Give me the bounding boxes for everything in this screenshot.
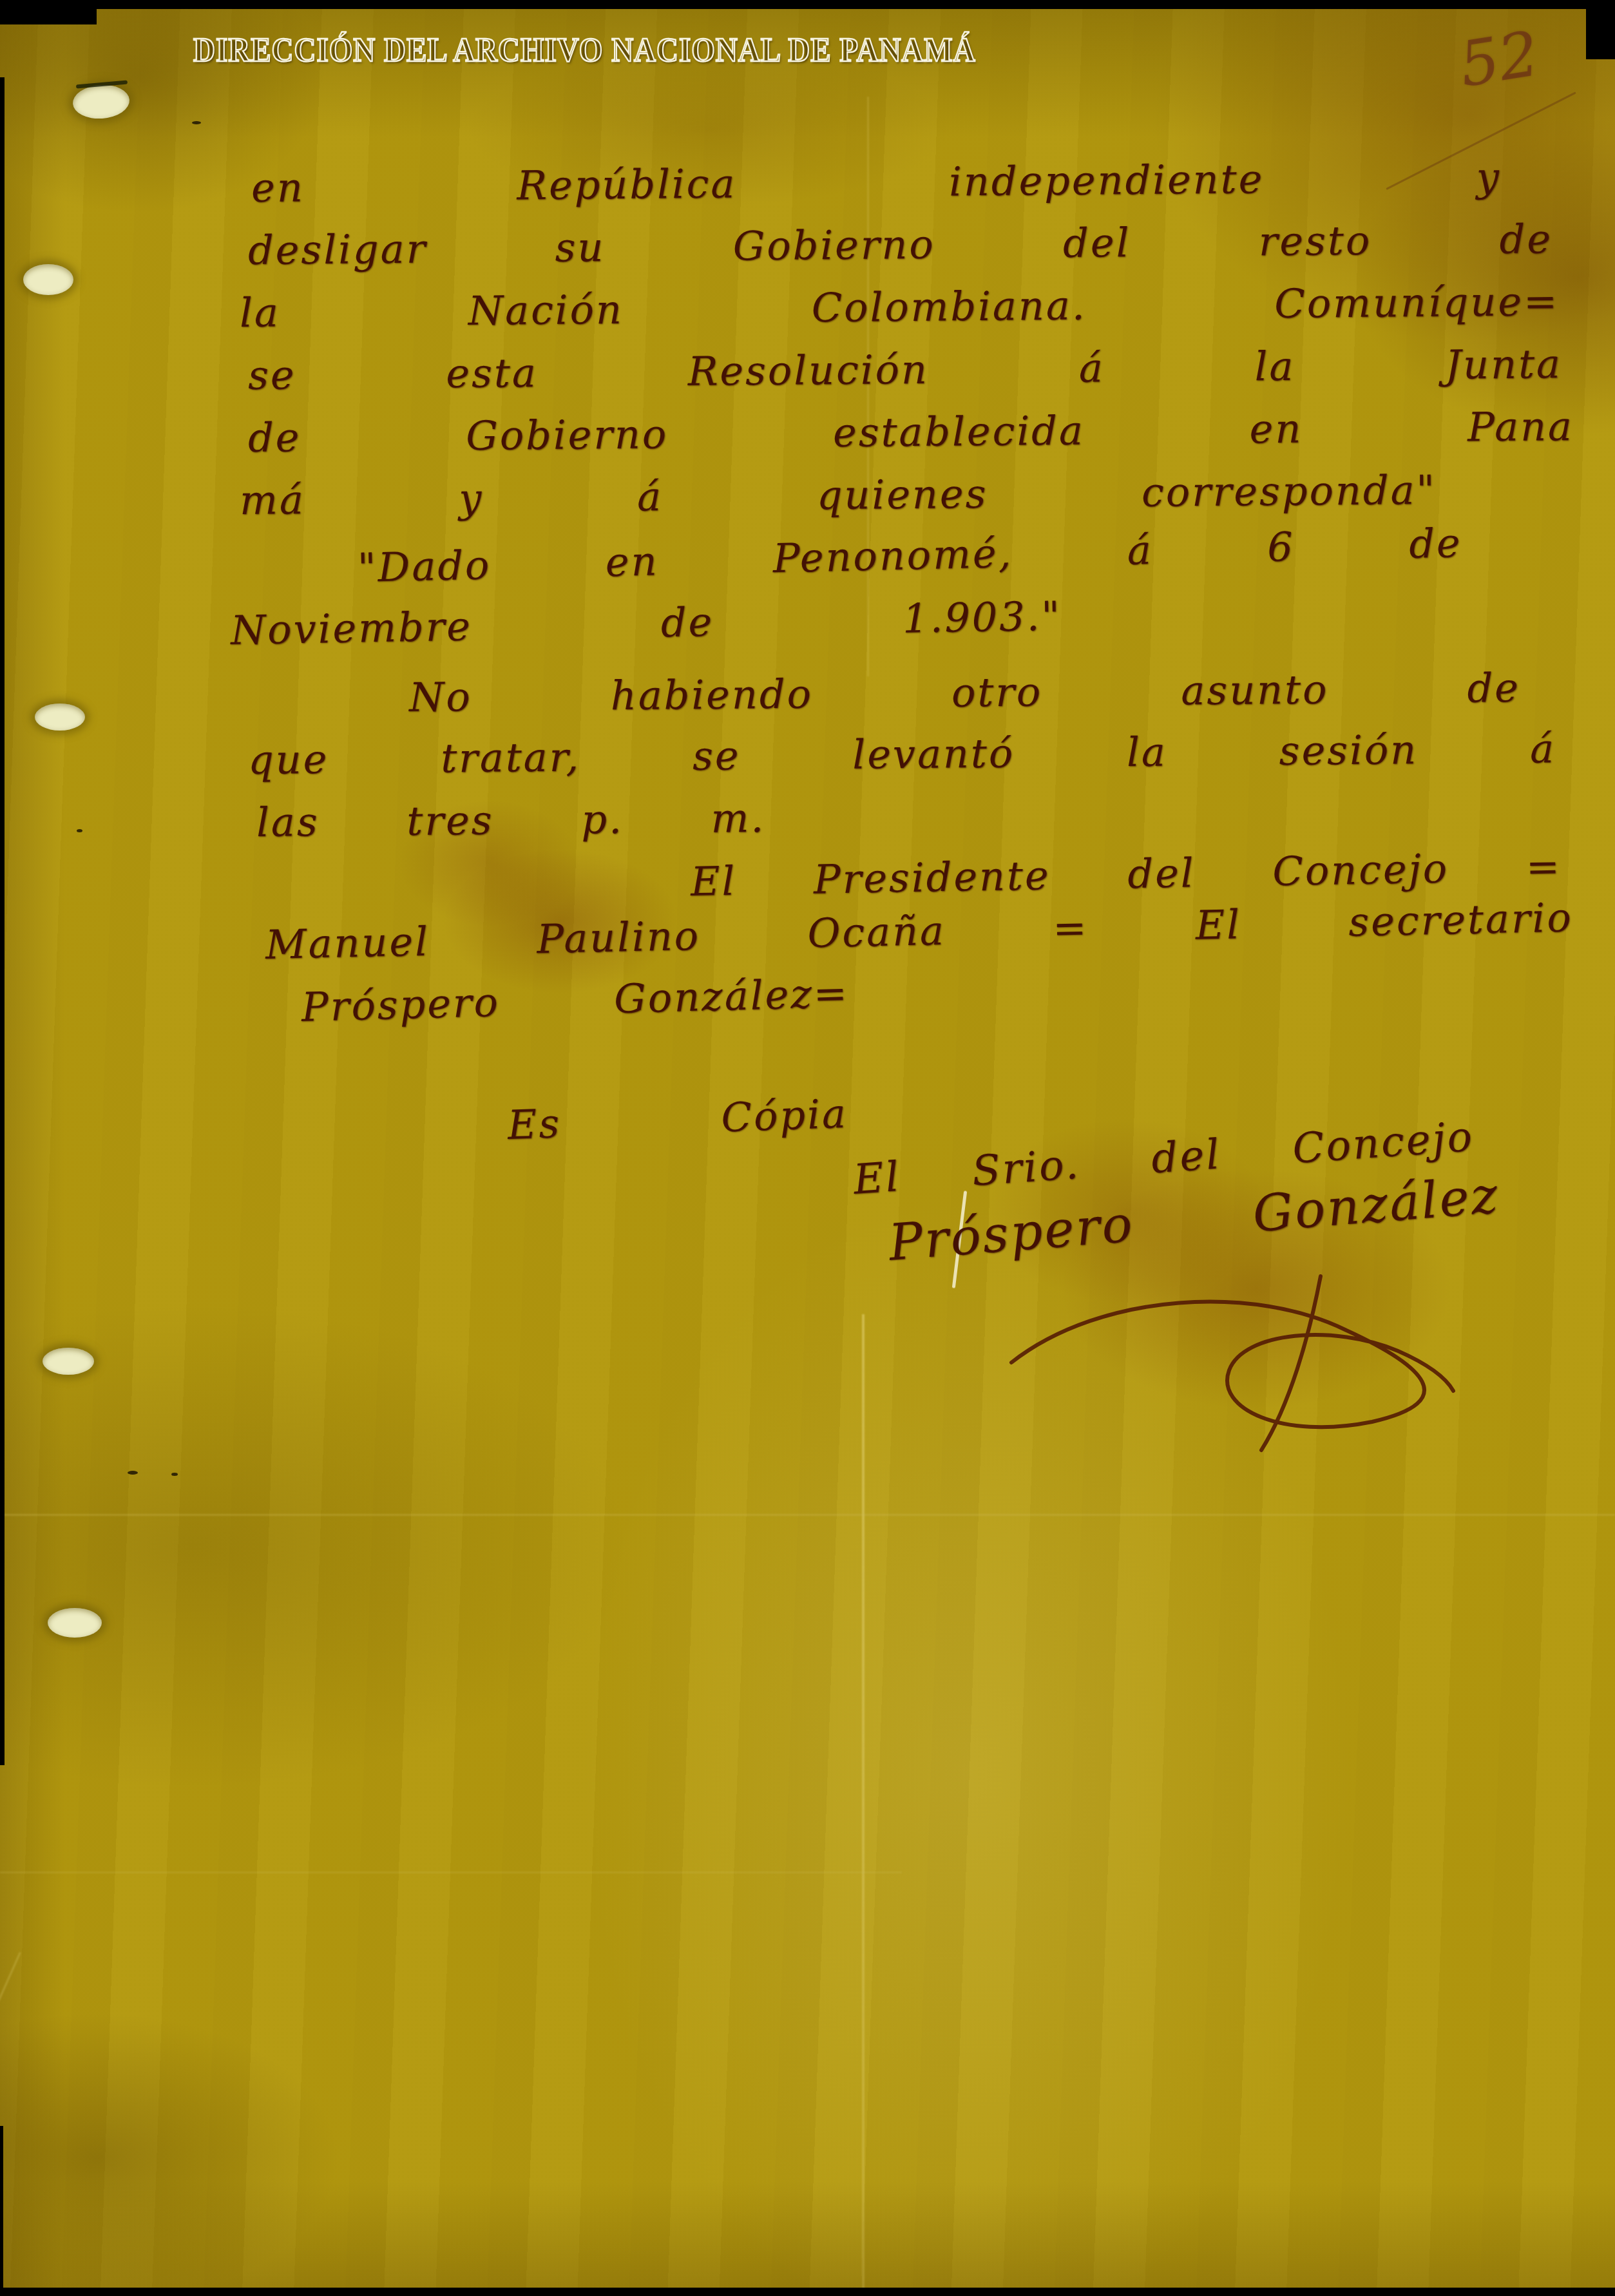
manuscript-line: lastresp.m. — [256, 794, 766, 846]
signature-flourish — [986, 1253, 1495, 1466]
scan-edge-bottom — [0, 2288, 1615, 2296]
scan-edge-top-right — [1586, 0, 1615, 59]
scan-edge-top-left — [0, 0, 97, 24]
manuscript-line: quetratar,selevantólasesióná — [248, 725, 1556, 783]
manuscript-line-dateline: "DadoenPenonomé,á6de — [357, 519, 1462, 591]
certification-note: EsCópia — [507, 1090, 848, 1149]
manuscript-line: laNaciónColombiana.Comuníque= — [240, 278, 1560, 336]
manuscript-line: máyáquienescorresponda" — [240, 466, 1437, 524]
scanned-document-page: DIRECCIÓN DEL ARCHIVO NACIONAL DE PANAMÁ… — [0, 0, 1615, 2296]
manuscript-line: seestaResoluciónálaJunta — [248, 340, 1563, 399]
manuscript-line-dateline: Noviembrede1.903." — [230, 592, 1062, 654]
manuscript-line: deGobiernoestablecidaenPana — [248, 403, 1574, 461]
scan-edge-bottom-left — [0, 2126, 3, 2296]
manuscript-line: enRepúblicaindependientey — [251, 153, 1502, 211]
manuscript-line-president-name: ManuelPaulinoOcaña=Elsecretario — [265, 894, 1573, 968]
manuscript-line: desligarsuGobiernodelrestode — [248, 215, 1553, 274]
manuscript-line: Nohabiendootroasuntode — [409, 664, 1521, 721]
scan-edge-top — [0, 0, 1615, 9]
manuscript-line-secretary-name: PrósperoGonzález= — [301, 970, 850, 1031]
scan-edge-left — [0, 77, 5, 1765]
manuscript-text: enRepúblicaindependientey desligarsuGobi… — [0, 0, 1615, 2296]
manuscript-line-president-title: ElPresidentedelConcejo= — [690, 843, 1562, 905]
